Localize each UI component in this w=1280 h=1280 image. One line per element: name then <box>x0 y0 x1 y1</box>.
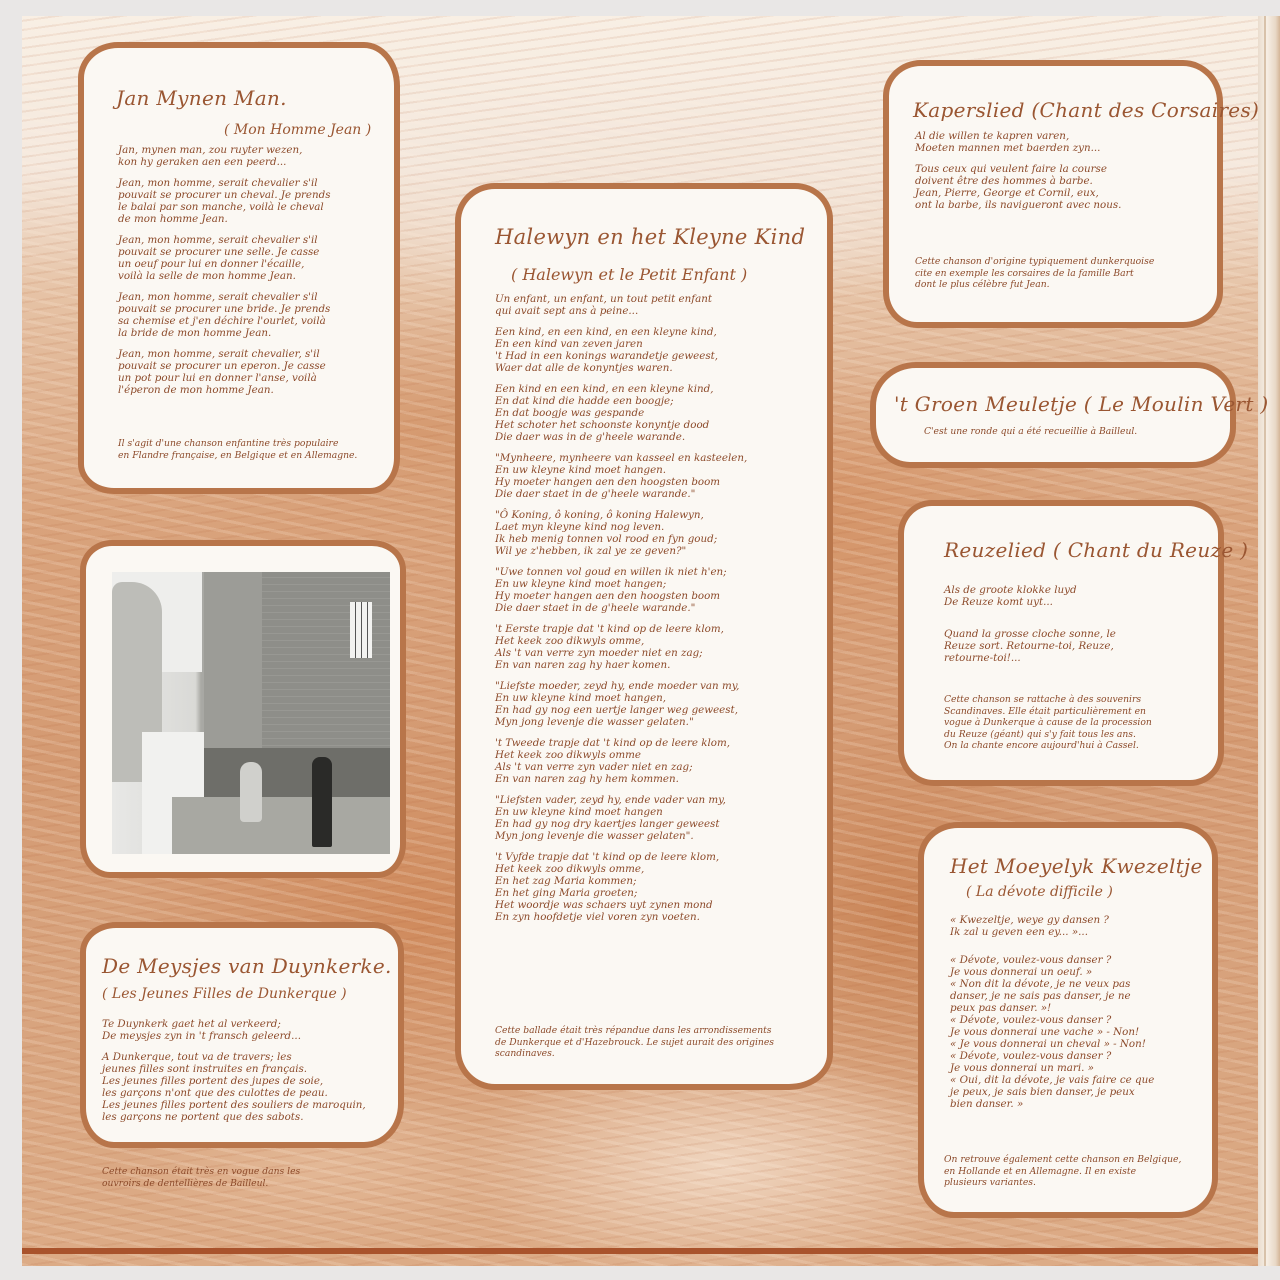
lyrics: Jan, mynen man, zou ruyter wezen, kon hy… <box>118 144 331 405</box>
song-note: Cette chanson était très en vogue dans l… <box>102 1166 300 1189</box>
sleeve-bottom-edge <box>22 1248 1258 1254</box>
stanza: Een kind en een kind, en een kleyne kind… <box>495 383 747 443</box>
stanza: 't Eerste trapje dat 't kind op de leere… <box>495 623 747 671</box>
song-note: Cette ballade était très répandue dans l… <box>495 1025 774 1060</box>
sleeve-spine <box>1258 16 1280 1266</box>
stanza: Jean, mon homme, serait chevalier, s'il … <box>118 348 331 396</box>
stanza: "Ô Koning, ô koning, ô koning Halewyn, L… <box>495 509 747 557</box>
stanza: Jan, mynen man, zou ruyter wezen, kon hy… <box>118 144 331 168</box>
standing-figure <box>312 757 332 847</box>
panel-reuzelied: Reuzelied ( Chant du Reuze ) Als de groo… <box>898 500 1224 786</box>
song-title: Kaperslied (Chant des Corsaires) <box>913 98 1259 122</box>
stanza: A Dunkerque, tout va de travers; les jeu… <box>102 1051 366 1123</box>
stanza: Te Duynkerk gaet het al verkeerd; De mey… <box>102 1018 366 1042</box>
lyrics: Te Duynkerk gaet het al verkeerd; De mey… <box>102 1018 366 1132</box>
castle-photograph <box>112 572 390 854</box>
stanza: « Dévote, voulez-vous danser ? Je vous d… <box>950 954 1154 1110</box>
song-subtitle: ( La dévote difficile ) <box>966 884 1113 900</box>
song-title: Jan Mynen Man. <box>116 86 287 110</box>
stanza: Tous ceux qui veulent faire la course do… <box>915 163 1121 211</box>
panel-kaperslied: Kaperslied (Chant des Corsaires) Al die … <box>883 60 1223 328</box>
song-subtitle: ( Mon Homme Jean ) <box>224 122 371 138</box>
stanza: Quand la grosse cloche sonne, le Reuze s… <box>944 628 1116 664</box>
song-title: 't Groen Meuletje ( Le Moulin Vert ) <box>894 392 1268 416</box>
song-note: Cette chanson se rattache à des souvenir… <box>944 694 1152 752</box>
stanza: "Liefste moeder, zeyd hy, ende moeder va… <box>495 680 747 728</box>
lyrics: Als de groote klokke luyd De Reuze komt … <box>944 584 1116 673</box>
stanza: Als de groote klokke luyd De Reuze komt … <box>944 584 1116 608</box>
stanza: « Kwezeltje, weye gy dansen ? Ik zal u g… <box>950 914 1154 938</box>
song-note: C'est une ronde qui a été recueillie à B… <box>924 426 1137 438</box>
song-note: On retrouve également cette chanson en B… <box>944 1154 1181 1189</box>
song-note: Cette chanson d'origine typiquement dunk… <box>915 256 1154 291</box>
song-title: Reuzelied ( Chant du Reuze ) <box>944 538 1248 562</box>
stanza: 't Tweede trapje dat 't kind op de leere… <box>495 737 747 785</box>
song-title: Het Moeyelyk Kwezeltje <box>950 854 1203 878</box>
song-title: De Meysjes van Duynkerke. <box>102 954 392 978</box>
stanza: Jean, mon homme, serait chevalier s'il p… <box>118 234 331 282</box>
stanza: "Uwe tonnen vol goud en willen ik niet h… <box>495 566 747 614</box>
panel-moeyelyk-kwezeltje: Het Moeyelyk Kwezeltje ( La dévote diffi… <box>918 822 1218 1218</box>
lyrics: Al die willen te kapren varen, Moeten ma… <box>915 130 1121 220</box>
lyrics: « Kwezeltje, weye gy dansen ? Ik zal u g… <box>950 914 1154 1119</box>
stanza: "Mynheere, mynheere van kasseel en kaste… <box>495 452 747 500</box>
stanza: Un enfant, un enfant, un tout petit enfa… <box>495 293 747 317</box>
stanza: Jean, mon homme, serait chevalier s'il p… <box>118 291 331 339</box>
panel-jan-mynen-man: Jan Mynen Man. ( Mon Homme Jean ) Jan, m… <box>78 42 400 494</box>
song-title: Halewyn en het Kleyne Kind <box>495 225 805 249</box>
stanza: Jean, mon homme, serait chevalier s'il p… <box>118 177 331 225</box>
panel-meysjes-van-duynkerke: De Meysjes van Duynkerke. ( Les Jeunes F… <box>80 922 404 1148</box>
song-note: Il s'agit d'une chanson enfantine très p… <box>118 438 357 461</box>
panel-halewyn: Halewyn en het Kleyne Kind ( Halewyn et … <box>455 183 833 1090</box>
stanza: Al die willen te kapren varen, Moeten ma… <box>915 130 1121 154</box>
stanza: Een kind, en een kind, en een kleyne kin… <box>495 326 747 374</box>
song-subtitle: ( Halewyn et le Petit Enfant ) <box>511 265 747 284</box>
seated-figure <box>240 762 262 822</box>
panel-groen-meuletje: 't Groen Meuletje ( Le Moulin Vert ) C'e… <box>870 362 1236 468</box>
stanza: "Liefsten vader, zeyd hy, ende vader van… <box>495 794 747 842</box>
lyrics: Un enfant, un enfant, un tout petit enfa… <box>495 293 747 932</box>
panel-photo <box>80 540 406 878</box>
song-subtitle: ( Les Jeunes Filles de Dunkerque ) <box>102 986 347 1002</box>
stanza: 't Vyfde trapje dat 't kind op de leere … <box>495 851 747 923</box>
